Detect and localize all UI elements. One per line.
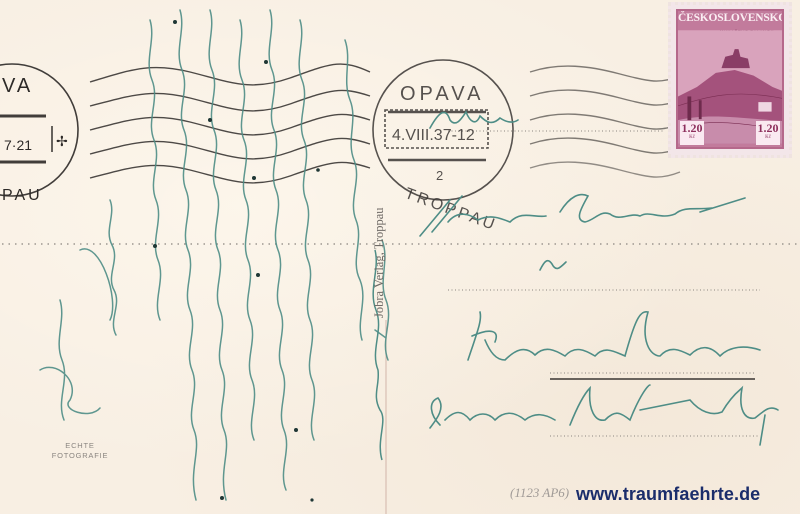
stamp-design: ČESKOSLOVENSKO MUKAČEVO PALANOK 1.20 Kč — [676, 9, 784, 149]
postmark-left-text: VA 7·21 ✢ PAU — [2, 75, 68, 204]
publisher-imprint: Jobra Verlag, Troppau — [372, 158, 387, 318]
svg-text:2: 2 — [436, 168, 443, 183]
handwriting-address — [420, 112, 778, 445]
handwriting-message — [40, 10, 389, 500]
watermark-link[interactable]: www.traumfaehrte.de — [576, 484, 760, 505]
postage-stamp: ČESKOSLOVENSKO MUKAČEVO PALANOK 1.20 Kč — [668, 2, 792, 158]
stamp-value-left: 1.20 Kč — [680, 121, 704, 145]
postmark-center-text: OPAVA 4.VIII.37-12 2 TROPPAU — [392, 83, 499, 234]
svg-text:VA: VA — [2, 75, 33, 97]
svg-text:PAU: PAU — [2, 187, 43, 204]
stamp-value-right: 1.20 Kč — [756, 121, 780, 145]
svg-text:4.VIII.37-12: 4.VIII.37-12 — [392, 127, 475, 144]
photo-label-line1: ECHTE — [40, 441, 120, 451]
pencil-annotation: (1123 AP6) — [510, 485, 569, 501]
svg-text:✢: ✢ — [56, 133, 68, 149]
photo-label-line2: FOTOGRAFIE — [40, 451, 120, 461]
ink-dots — [153, 20, 320, 502]
svg-text:OPAVA: OPAVA — [400, 83, 484, 105]
svg-text:7·21: 7·21 — [4, 137, 32, 153]
postcard-back: OPAVA 4.VIII.37-12 2 TROPPAU VA 7·21 ✢ P… — [0, 0, 800, 514]
photo-label: ECHTE FOTOGRAFIE — [40, 441, 120, 461]
stamp-country: ČESKOSLOVENSKO — [678, 12, 782, 24]
